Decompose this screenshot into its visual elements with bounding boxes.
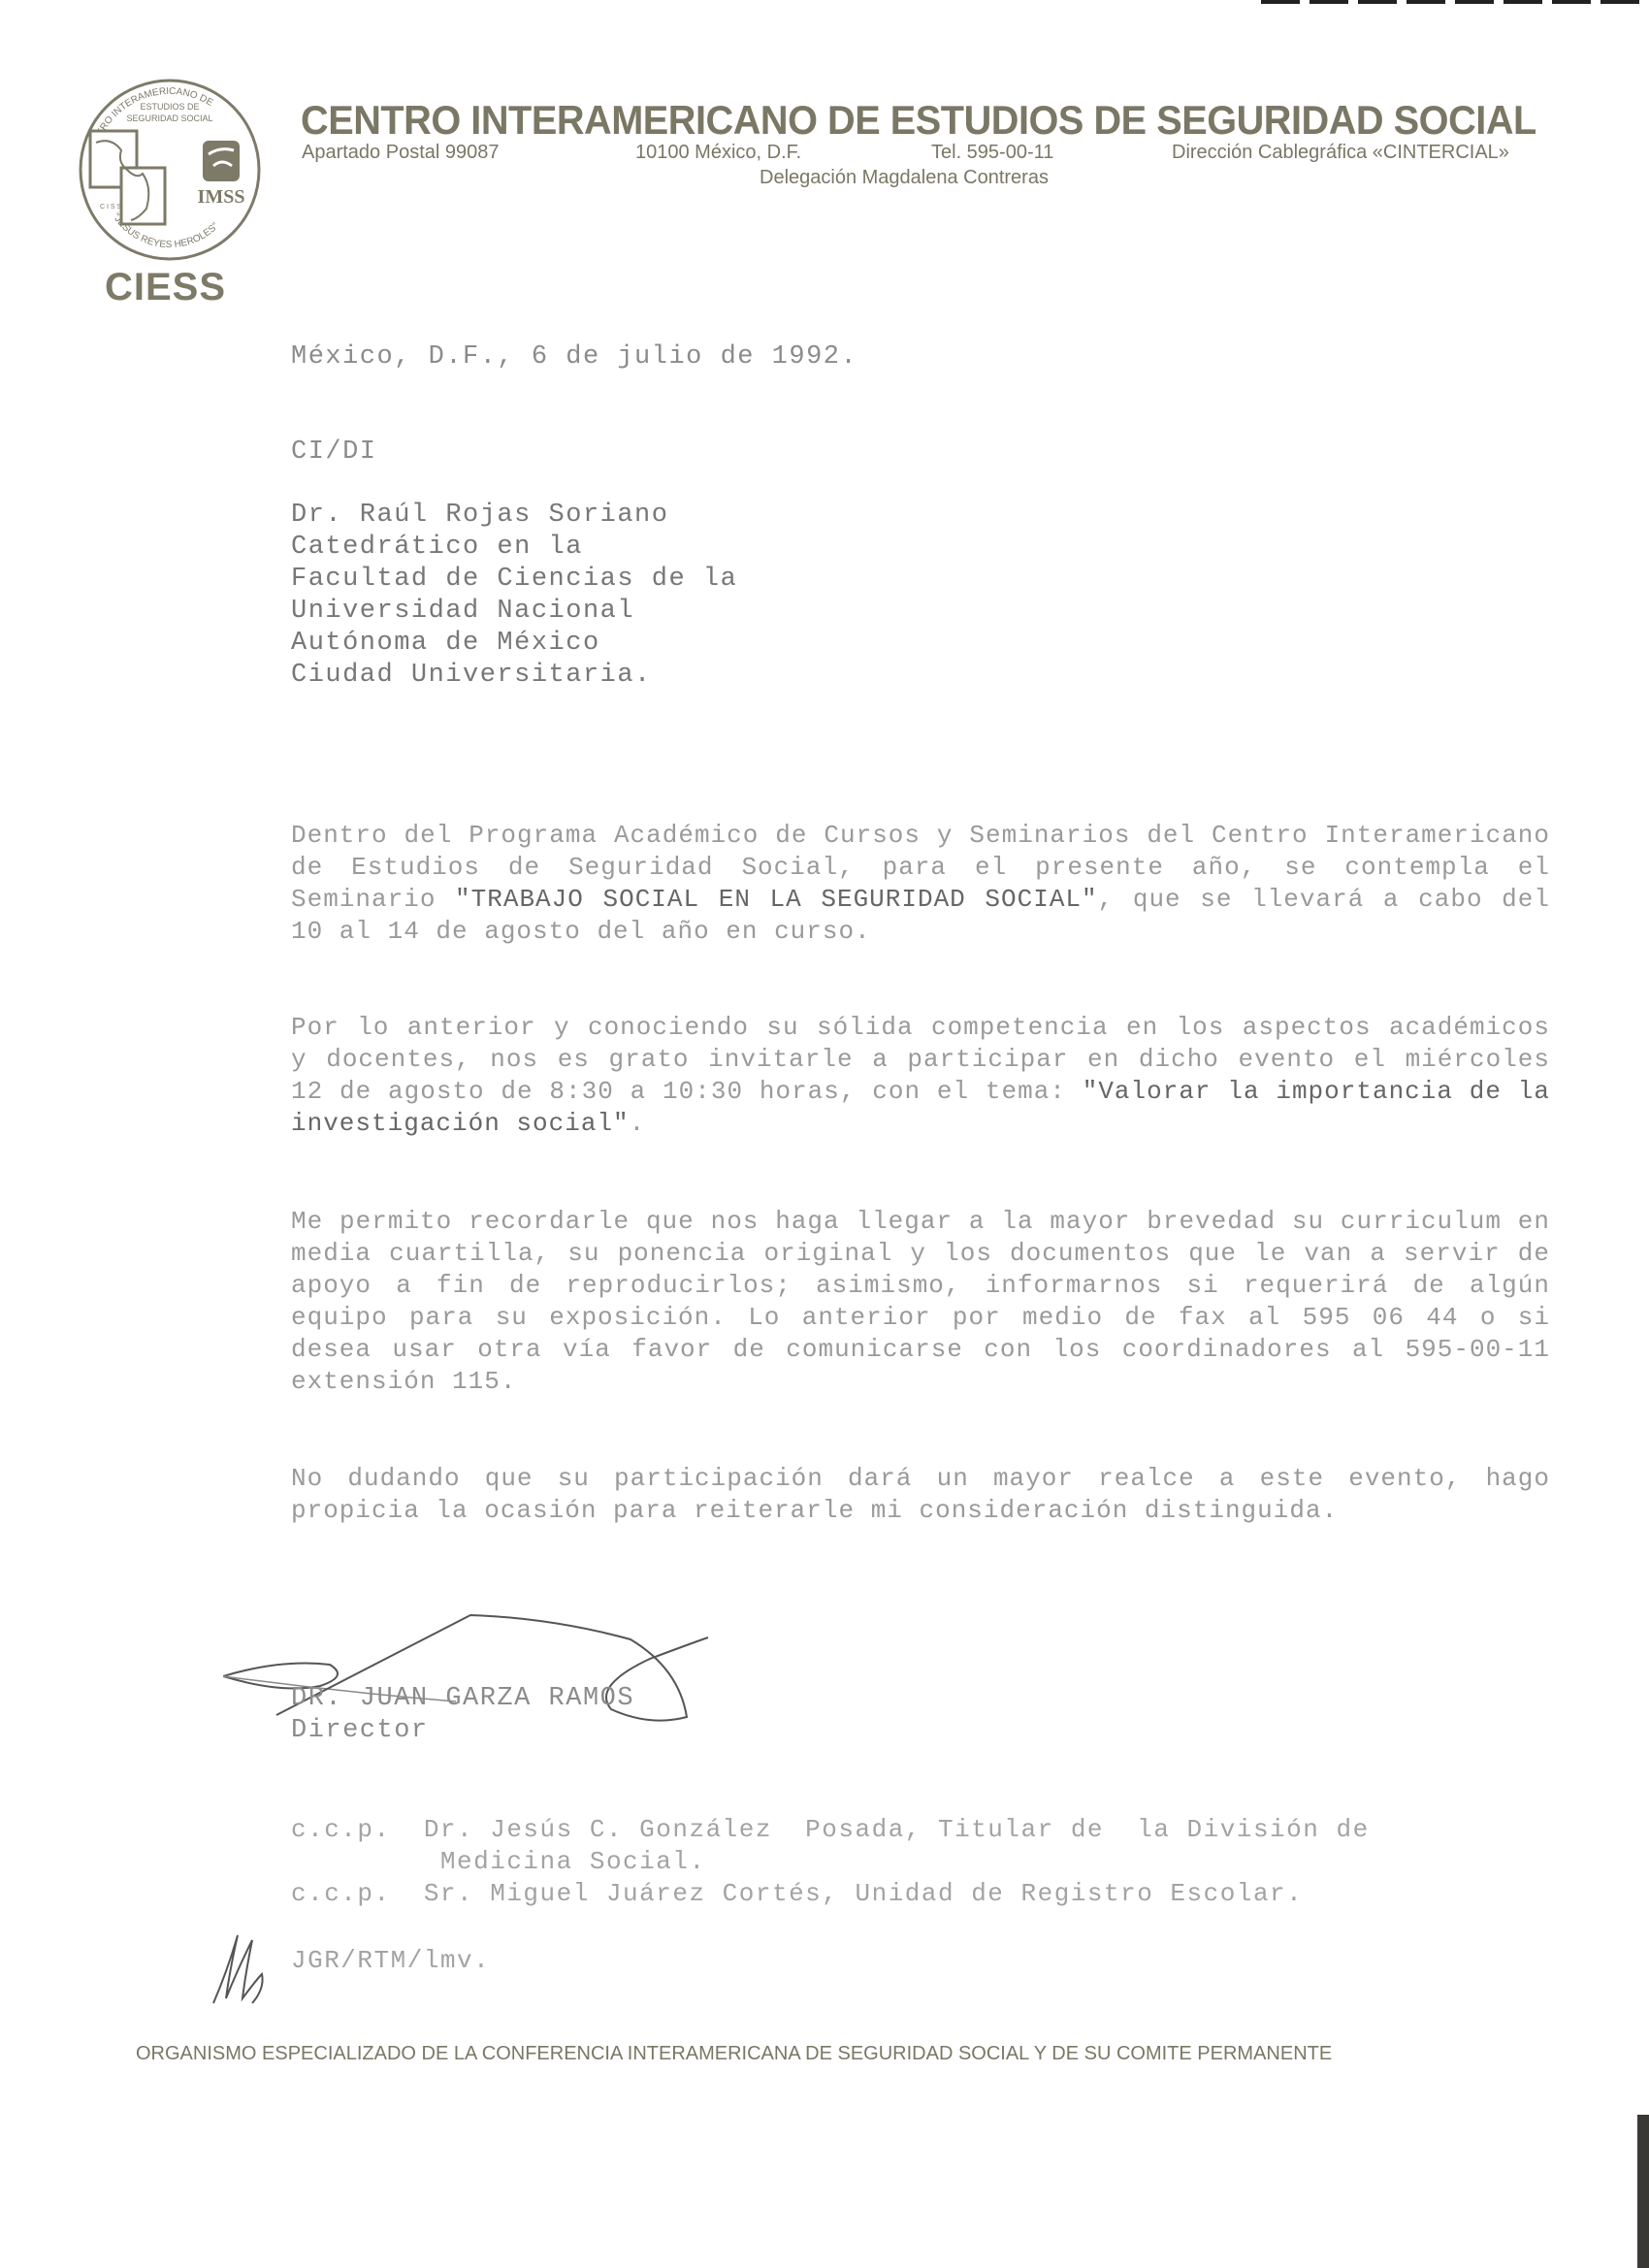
paragraph-text: .	[630, 1109, 646, 1138]
city-address: 10100 México, D.F.	[635, 142, 801, 164]
body-paragraph-2: Por lo anterior y conociendo su sólida c…	[291, 1012, 1550, 1140]
svg-text:ESTUDIOS DE: ESTUDIOS DE	[140, 102, 199, 112]
recipient-line: Dr. Raúl Rojas Soriano	[291, 500, 668, 532]
typist-initials: JGR/RTM/lmv.	[291, 1945, 490, 1977]
ciess-seal-logo: CENTRO INTERAMERICANO DE ESTUDIOS DE SEG…	[73, 73, 267, 267]
body-paragraph-1: Dentro del Programa Académico de Cursos …	[291, 820, 1550, 948]
postal-box: Apartado Postal 99087	[302, 142, 500, 164]
scan-edge-top	[1261, 0, 1649, 4]
body-paragraph-3: Me permito recordarle que nos haga llega…	[291, 1206, 1550, 1398]
delegation: Delegación Magdalena Contreras	[760, 167, 1049, 189]
cc-line: c.c.p. Dr. Jesús C. González Posada, Tit…	[291, 1814, 1370, 1878]
scan-edge-right	[1637, 2115, 1649, 2268]
handwritten-initials	[209, 1930, 286, 2008]
body-paragraph-4: No dudando que su participación dará un …	[291, 1463, 1550, 1527]
reference-code: CI/DI	[291, 437, 377, 469]
svg-text:SEGURIDAD SOCIAL: SEGURIDAD SOCIAL	[126, 113, 212, 123]
ciess-acronym: CIESS	[105, 266, 226, 309]
recipient-line: Autónoma de México	[291, 628, 600, 660]
footer-organism-note: ORGANISMO ESPECIALIZADO DE LA CONFERENCI…	[136, 2043, 1332, 2065]
recipient-line: Facultad de Ciencias de la	[291, 564, 737, 596]
svg-text:C I S S: C I S S	[100, 204, 122, 211]
cable-address: Dirección Cablegráfica «CINTERCIAL»	[1172, 142, 1509, 164]
cc-line: c.c.p. Sr. Miguel Juárez Cortés, Unidad …	[291, 1878, 1303, 1910]
svg-text:IMSS: IMSS	[198, 186, 245, 208]
letter-date: México, D.F., 6 de julio de 1992.	[291, 341, 857, 373]
phone-number: Tel. 595-00-11	[931, 142, 1053, 164]
seminar-title: "TRABAJO SOCIAL EN LA SEGURIDAD SOCIAL"	[455, 885, 1098, 914]
organization-name: CENTRO INTERAMERICANO DE ESTUDIOS DE SEG…	[301, 97, 1536, 144]
signatory-name: DR. JUAN GARZA RAMOS	[291, 1683, 634, 1715]
recipient-line: Universidad Nacional	[291, 596, 634, 628]
recipient-line: Catedrático en la	[291, 532, 583, 564]
recipient-line: Ciudad Universitaria.	[291, 660, 652, 692]
signatory-title: Director	[291, 1715, 429, 1747]
